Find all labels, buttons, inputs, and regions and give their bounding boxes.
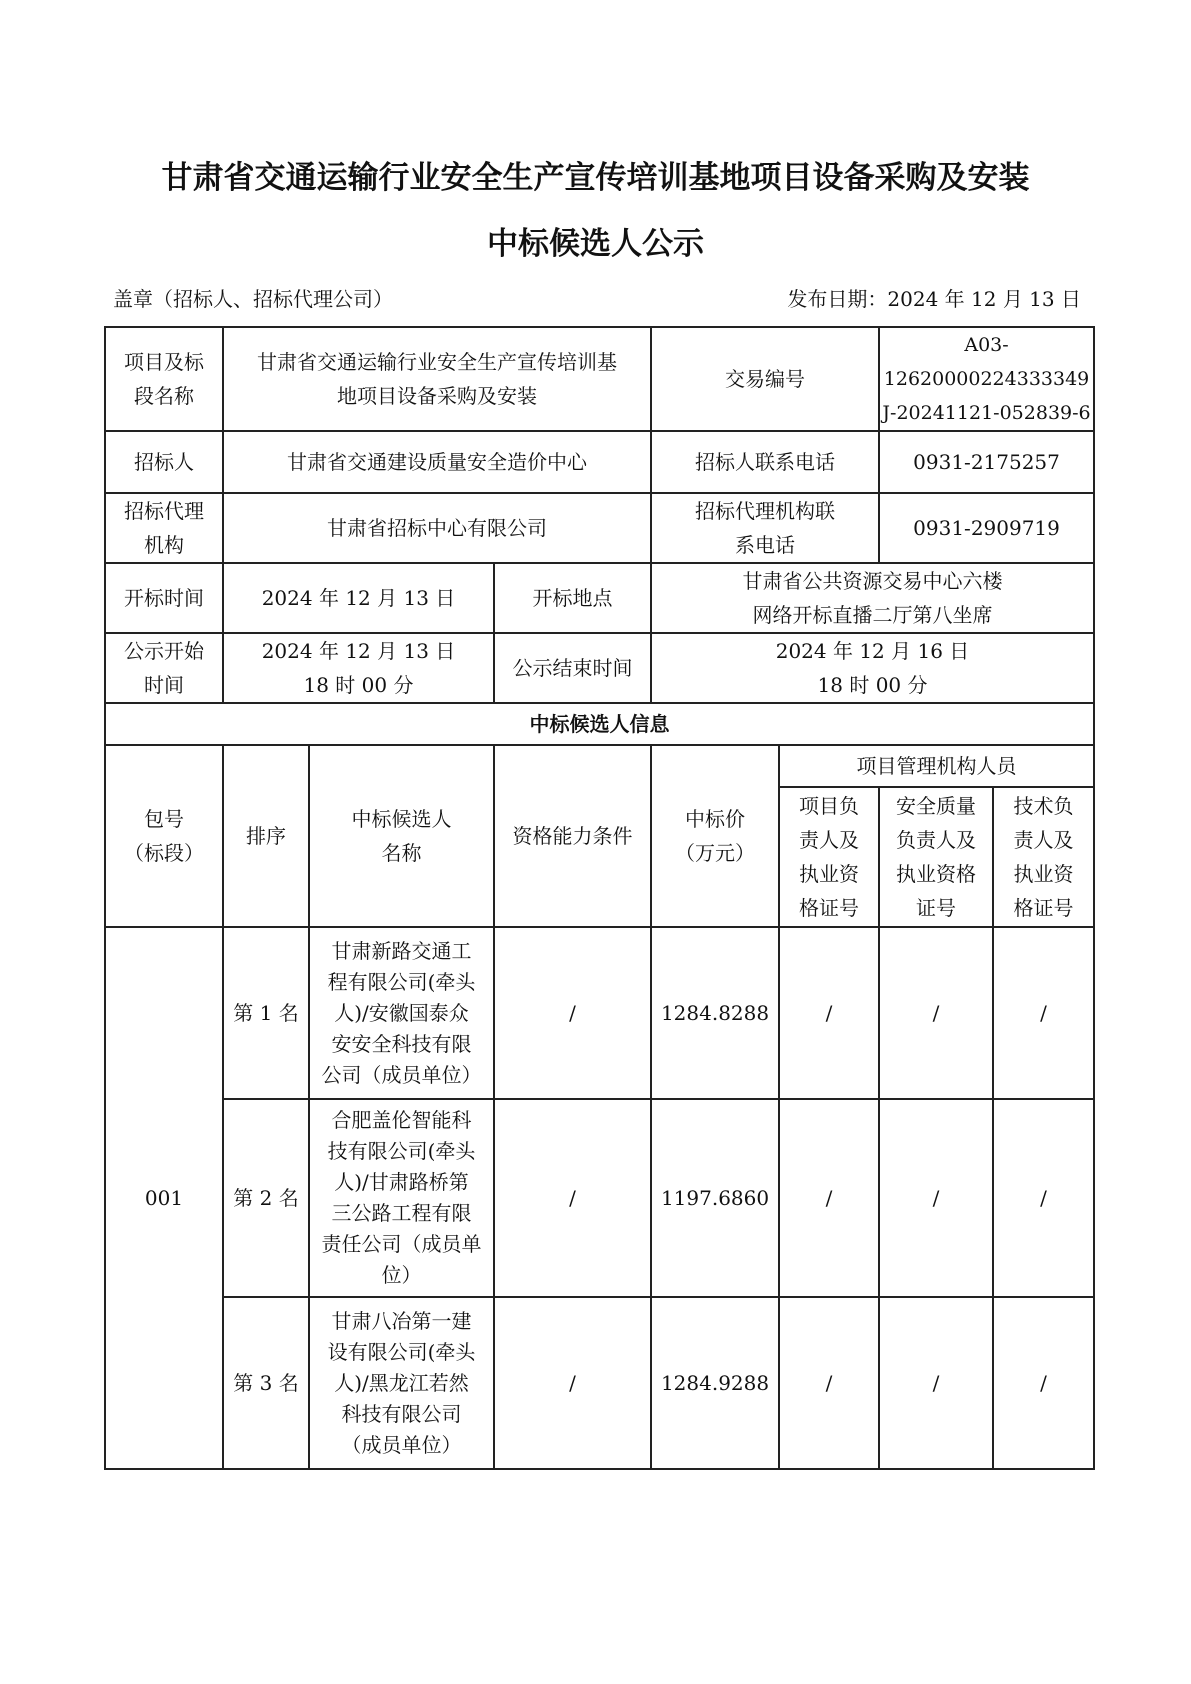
- header-qualification: 资格能力条件: [494, 745, 651, 927]
- candidate-rank: 第 2 名: [223, 1099, 309, 1297]
- agency-phone-value: 0931-2909719: [879, 493, 1094, 563]
- header-safety-lead: 安全质量负责人及执业资格证号: [879, 787, 993, 927]
- tenderer-phone-value: 0931-2175257: [879, 431, 1094, 493]
- header-price: 中标价（万元）: [651, 745, 779, 927]
- candidate-project-lead: /: [779, 1297, 879, 1469]
- candidate-tech-lead: /: [993, 1297, 1094, 1469]
- candidate-price: 1284.8288: [651, 927, 779, 1099]
- candidate-project-lead: /: [779, 927, 879, 1099]
- header-rank: 排序: [223, 745, 309, 927]
- notice-end-label: 公示结束时间: [494, 633, 651, 703]
- candidate-safety-lead: /: [879, 927, 993, 1099]
- candidate-safety-lead: /: [879, 1099, 993, 1297]
- project-name-value: 甘肃省交通运输行业安全生产宣传培训基地项目设备采购及安装: [223, 327, 651, 431]
- notice-start-value: 2024 年 12 月 13 日18 时 00 分: [223, 633, 494, 703]
- trade-no-label: 交易编号: [651, 327, 879, 431]
- candidate-name: 合肥盖伦智能科技有限公司(牵头人)/甘肃路桥第三公路工程有限责任公司（成员单位）: [309, 1099, 494, 1297]
- seal-label: 盖章（招标人、招标代理公司）: [113, 283, 393, 312]
- header-name: 中标候选人名称: [309, 745, 494, 927]
- tenderer-label: 招标人: [105, 431, 223, 493]
- candidate-safety-lead: /: [879, 1297, 993, 1469]
- candidates-section-title: 中标候选人信息: [105, 703, 1094, 745]
- candidate-project-lead: /: [779, 1099, 879, 1297]
- candidate-tech-lead: /: [993, 1099, 1094, 1297]
- candidate-tech-lead: /: [993, 927, 1094, 1099]
- open-place-label: 开标地点: [494, 563, 651, 633]
- candidate-row-1: 001 第 1 名 甘肃新路交通工程有限公司(牵头人)/安徽国泰众安安全科技有限…: [105, 927, 1094, 1099]
- publish-date: 发布日期：2024 年 12 月 13 日: [787, 283, 1081, 312]
- candidate-name: 甘肃八冶第一建设有限公司(牵头人)/黑龙江若然科技有限公司（成员单位）: [309, 1297, 494, 1469]
- candidate-price: 1197.6860: [651, 1099, 779, 1297]
- trade-no-value: A03-12620000224333349J-20241121-052839-6: [879, 327, 1094, 431]
- candidate-row-2: 第 2 名 合肥盖伦智能科技有限公司(牵头人)/甘肃路桥第三公路工程有限责任公司…: [105, 1099, 1094, 1297]
- tenderer-value: 甘肃省交通建设质量安全造价中心: [223, 431, 651, 493]
- candidate-qualification: /: [494, 927, 651, 1099]
- package-no: 001: [105, 927, 223, 1469]
- agency-label: 招标代理机构: [105, 493, 223, 563]
- document-title-line1: 甘肃省交通运输行业安全生产宣传培训基地项目设备采购及安装: [0, 152, 1191, 197]
- row-tenderer: 招标人 甘肃省交通建设质量安全造价中心 招标人联系电话 0931-2175257: [105, 431, 1094, 493]
- open-place-value: 甘肃省公共资源交易中心六楼网络开标直播二厅第八坐席: [651, 563, 1094, 633]
- candidate-price: 1284.9288: [651, 1297, 779, 1469]
- candidate-rank: 第 1 名: [223, 927, 309, 1099]
- row-agency: 招标代理机构 甘肃省招标中心有限公司 招标代理机构联系电话 0931-29097…: [105, 493, 1094, 563]
- tenderer-phone-label: 招标人联系电话: [651, 431, 879, 493]
- notice-table: 项目及标段名称 甘肃省交通运输行业安全生产宣传培训基地项目设备采购及安装 交易编…: [104, 326, 1095, 1470]
- agency-phone-label: 招标代理机构联系电话: [651, 493, 879, 563]
- header-tech-lead: 技术负责人及执业资格证号: [993, 787, 1094, 927]
- agency-value: 甘肃省招标中心有限公司: [223, 493, 651, 563]
- notice-start-label: 公示开始时间: [105, 633, 223, 703]
- candidate-qualification: /: [494, 1099, 651, 1297]
- row-notice-period: 公示开始时间 2024 年 12 月 13 日18 时 00 分 公示结束时间 …: [105, 633, 1094, 703]
- notice-end-value: 2024 年 12 月 16 日18 时 00 分: [651, 633, 1094, 703]
- document-title-line2: 中标候选人公示: [0, 218, 1191, 263]
- header-package: 包号（标段）: [105, 745, 223, 927]
- candidate-row-3: 第 3 名 甘肃八冶第一建设有限公司(牵头人)/黑龙江若然科技有限公司（成员单位…: [105, 1297, 1094, 1469]
- candidate-qualification: /: [494, 1297, 651, 1469]
- row-section-title: 中标候选人信息: [105, 703, 1094, 745]
- open-time-value: 2024 年 12 月 13 日: [223, 563, 494, 633]
- candidate-rank: 第 3 名: [223, 1297, 309, 1469]
- header-project-lead: 项目负责人及执业资格证号: [779, 787, 879, 927]
- header-row-1: 包号（标段） 排序 中标候选人名称 资格能力条件 中标价（万元） 项目管理机构人…: [105, 745, 1094, 787]
- row-open: 开标时间 2024 年 12 月 13 日 开标地点 甘肃省公共资源交易中心六楼…: [105, 563, 1094, 633]
- project-name-label: 项目及标段名称: [105, 327, 223, 431]
- header-mgmt-group: 项目管理机构人员: [779, 745, 1094, 787]
- row-project-name: 项目及标段名称 甘肃省交通运输行业安全生产宣传培训基地项目设备采购及安装 交易编…: [105, 327, 1094, 431]
- open-time-label: 开标时间: [105, 563, 223, 633]
- candidate-name: 甘肃新路交通工程有限公司(牵头人)/安徽国泰众安安全科技有限公司（成员单位）: [309, 927, 494, 1099]
